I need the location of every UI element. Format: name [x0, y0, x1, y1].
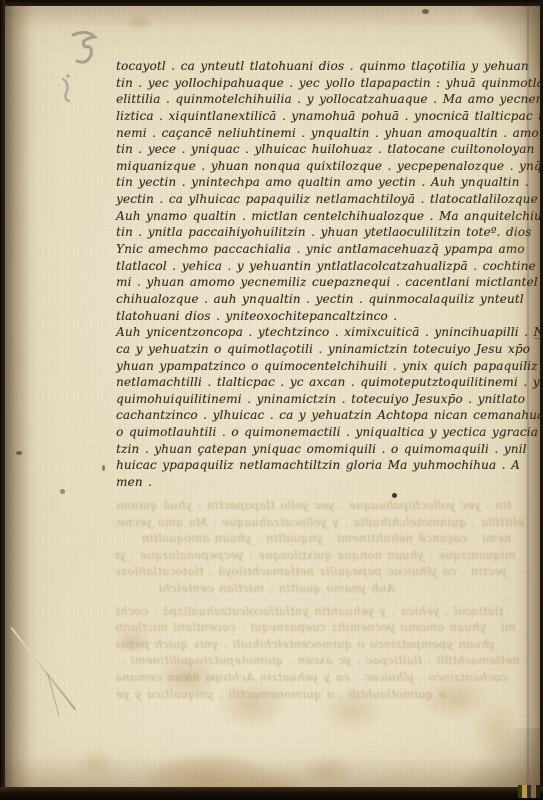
binding-edge-left — [0, 0, 5, 800]
bleedthrough-line: Auh ynamo qualtin . mictlan centelchi — [156, 580, 395, 597]
manuscript-line: nemi . caçancē neliuhtinemi . ynqualtin … — [116, 125, 537, 142]
manuscript-line: tocayotl . ca ynteutl tlatohuani dios . … — [116, 58, 537, 75]
foxing-stain — [214, 677, 290, 732]
foxing-stain — [74, 747, 118, 781]
foxing-stain — [124, 13, 154, 31]
manuscript-line: tlatohuani dios . yniteoxochitepancaltzi… — [116, 308, 537, 325]
foxing-stain — [319, 687, 385, 735]
bleedthrough-line: yhuan ypampatzinco o quimocentelchihuili… — [116, 636, 495, 653]
manuscript-line: tin . yece . yniquac . ylhuicac huilohua… — [116, 141, 537, 158]
bleedthrough-line: elittilia . quinmotelchihuilia . y yollo… — [116, 514, 524, 531]
corner-shading-bottom-right — [453, 728, 543, 788]
manuscript-line: miquanizque . yhuan nonqua quixtilozque … — [116, 158, 537, 175]
book-edge-bottom — [0, 787, 543, 800]
manuscript-line: tin yectin . ynintechpa amo qualtin amo … — [116, 174, 537, 191]
foxing-stain — [299, 753, 357, 791]
foxing-stain — [156, 655, 220, 699]
manuscript-line: tin . ynitla paccaihiyohuilitzin . yhuan… — [116, 224, 537, 241]
manuscript-line: elittilia . quinmotelchihuilia . y yollo… — [116, 91, 537, 108]
bleedthrough-line: o quimotlauhtili . o quimonemactili . yn… — [116, 686, 446, 703]
foxing-stain — [112, 627, 154, 655]
bleedthrough-line: yectin . ca ylhuicac papaquiliz netlamac… — [116, 563, 507, 580]
bleedthrough-line: tin . yec yollochipahuaque . yec yollo t… — [116, 497, 512, 514]
ink-speck — [392, 493, 397, 498]
text-block: tocayotl . ca ynteutl tlatohuani dios . … — [116, 58, 537, 491]
manuscript-line: tzin . yhuan çatepan yniquac omomiquili … — [116, 441, 537, 458]
ink-speck — [60, 489, 65, 494]
manuscript-line: Auh ynamo qualtin . mictlan centelchihua… — [116, 208, 537, 225]
manuscript-line: liztica . xiquintlanextilicā . ynamohuā … — [116, 108, 537, 125]
decorated-endband — [518, 785, 540, 798]
manuscript-line: tin . yec yollochipahuaque . yec yollo t… — [116, 75, 537, 92]
bleedthrough-line: mi . yhuan amomo yecnemiliz cuepaznequi … — [116, 619, 516, 636]
ink-smudge — [59, 27, 107, 102]
bleedthrough-line: cachantzinco . ylhuicac . ca y yehuatzin… — [116, 669, 507, 686]
manuscript-line: o quimotlauhtili . o quimonemactili . yn… — [116, 424, 537, 441]
manuscript-line: Auh ynicentzoncopa . ytechtzinco . ximix… — [116, 324, 537, 341]
manuscript-line: chihualozque . auh ynqualtin . yectin . … — [116, 291, 537, 308]
manuscript-line: cachantzinco . ylhuicac . ca y yehuatzin… — [116, 407, 537, 424]
manuscript-line: tlatlacol . yehica . y yehuantin yntlatl… — [116, 258, 537, 275]
book-photograph: tocayotl . ca ynteutl tlatohuani dios . … — [0, 0, 543, 800]
manuscript-page: tocayotl . ca ynteutl tlatohuani dios . … — [4, 5, 543, 788]
manuscript-line: yhuan ypampatzinco o quimocentelchihuili… — [116, 358, 537, 375]
bleedthrough-line: nemi . caçancē neliuhtinemi . ynqualtin … — [128, 530, 511, 547]
bleedthrough-line: tlatlacol . yehica . y yehuantin yntlatl… — [116, 603, 503, 620]
manuscript-line: mi . yhuan amomo yecnemiliz cuepaznequi … — [116, 274, 537, 291]
ink-speck — [102, 465, 105, 471]
ink-speck — [16, 451, 22, 455]
manuscript-line: quimohuiquilitinemi . yninamictzin . tot… — [116, 391, 537, 408]
manuscript-line: netlamachtilli . tlalticpac . yc axcan .… — [116, 374, 537, 391]
photo-border-top — [0, 0, 543, 6]
ink-speck — [422, 9, 429, 14]
bleedthrough-line: miquanizque . yhuan nonqua quixtilozque … — [116, 547, 516, 564]
bleedthrough-block: tin . yec yollochipahuaque . yec yollo t… — [116, 497, 528, 702]
manuscript-line: ca y yehuatzin o quimotlaçotili . yninam… — [116, 341, 537, 358]
manuscript-line: Ynic amechmo paccachialia . ynic antlama… — [116, 241, 537, 258]
bleedthrough-line: netlamachtilli . tlalticpac . yc axcan .… — [116, 652, 520, 669]
manuscript-line: huicac ypapaquiliz netlamachtiltzin glor… — [116, 457, 537, 474]
foxing-stain — [419, 677, 493, 721]
manuscript-line: yectin . ca ylhuicac papaquiliz netlamac… — [116, 191, 537, 208]
manuscript-line: men . — [116, 474, 537, 491]
gutter-shadow — [4, 5, 30, 788]
